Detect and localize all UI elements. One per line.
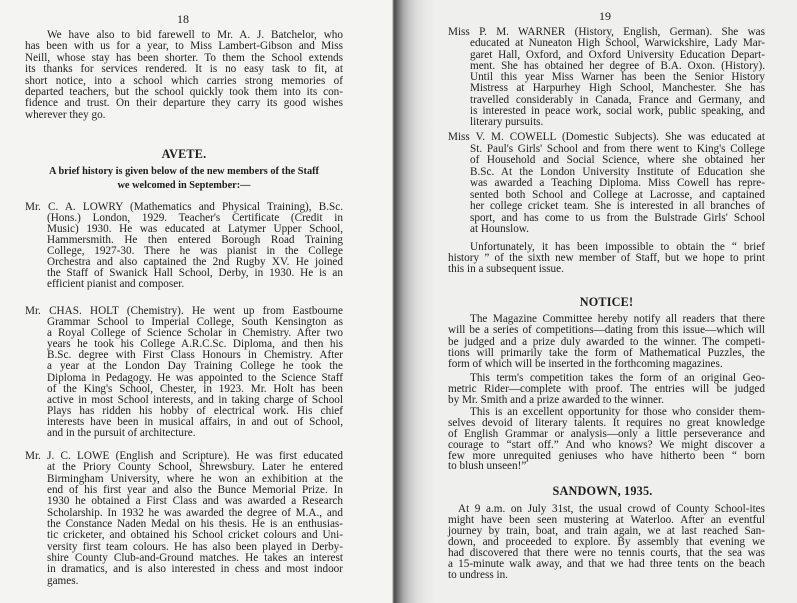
staff-entry-holt: Mr. CHAS. HOLT (Chemistry). He went up f… <box>25 306 343 439</box>
text-line: to undress in. <box>448 570 765 581</box>
text-line: in dramatics, and is also interested in … <box>47 564 343 575</box>
text-line: literary pursuits. <box>470 117 765 128</box>
notice-paragraph-3: This is an excellent opportunity for tho… <box>448 407 765 472</box>
text-line: Diploma in Pedagogy. He was appointed to… <box>47 373 343 384</box>
staff-entry-lowe: Mr. J. C. LOWE (English and Scripture). … <box>25 451 343 587</box>
staff-entry-lowry: Mr. C. A. LOWRY (Mathematics and Physica… <box>25 202 343 290</box>
text-line: at the Priory County School, Shrewsbury.… <box>47 462 343 473</box>
missing-history-note: Unfortunately, it has been impossible to… <box>448 242 765 275</box>
text-line: her college cricket team. She is interes… <box>470 201 765 213</box>
text-line: educated at Nuneaton High School, Warwic… <box>470 38 765 49</box>
text-line: games. <box>47 576 343 587</box>
text-line: its thanks for services rendered. It is … <box>25 64 343 75</box>
intro-line: we welcomed in September:— <box>25 179 343 193</box>
sandown-heading: SANDOWN, 1935. <box>444 484 761 499</box>
page-number: 19 <box>585 9 625 24</box>
left-page: 18 We have also to bid farewell to Mr. A… <box>0 0 394 603</box>
text-line: at Hounslow. <box>470 224 765 236</box>
staff-entry-warner: Miss P. M. WARNER (History, English, Ger… <box>448 27 765 128</box>
text-line: to blush unseen!” <box>448 461 765 472</box>
intro-line: A brief history is given below of the ne… <box>25 165 343 179</box>
notice-paragraph-2: This term's competition takes the form o… <box>448 373 765 406</box>
text-line: and in the pursuit of architecture. <box>47 428 343 439</box>
text-line: wherever they go. <box>25 110 343 121</box>
avete-heading: AVETE. <box>25 147 343 162</box>
text-line: efficient pianist and composer. <box>47 279 343 290</box>
right-page: 19 Miss P. M. WARNER (History, English, … <box>394 0 797 603</box>
text-line: this in a subsequent issue. <box>448 264 765 275</box>
text-line: will be a series of competitions—dating … <box>448 325 765 336</box>
text-line: by Mr. Smith and a prize awarded to the … <box>448 395 765 406</box>
notice-paragraph-1: The Magazine Committee hereby notify all… <box>448 314 765 370</box>
text-line: form of which will be inserted in the fo… <box>448 359 765 370</box>
farewell-paragraph: We have also to bid farewell to Mr. A. J… <box>25 30 343 121</box>
text-line: was awarded a Teaching Diploma. Miss Cow… <box>470 178 765 190</box>
book-spine-shadow <box>392 0 436 603</box>
text-line: courage to “start off.” And who knows? W… <box>448 440 765 451</box>
notice-heading: NOTICE! <box>448 295 765 310</box>
staff-entry-cowell: Miss V. M. COWELL (Domestic Subjects). S… <box>448 132 765 236</box>
avete-intro: A brief history is given below of the ne… <box>25 165 343 193</box>
text-line: of Household and Social Science, where s… <box>470 155 765 167</box>
text-line: Miss V. M. COWELL (Domestic Subjects). S… <box>448 132 765 144</box>
text-line: a year at the London Day Training Colleg… <box>47 361 343 372</box>
page-number: 18 <box>163 12 203 27</box>
text-line: Mistress at Harpurhey High School, Manch… <box>470 83 765 94</box>
sandown-paragraph: At 9 a.m. on July 31st, the usual crowd … <box>448 504 765 581</box>
